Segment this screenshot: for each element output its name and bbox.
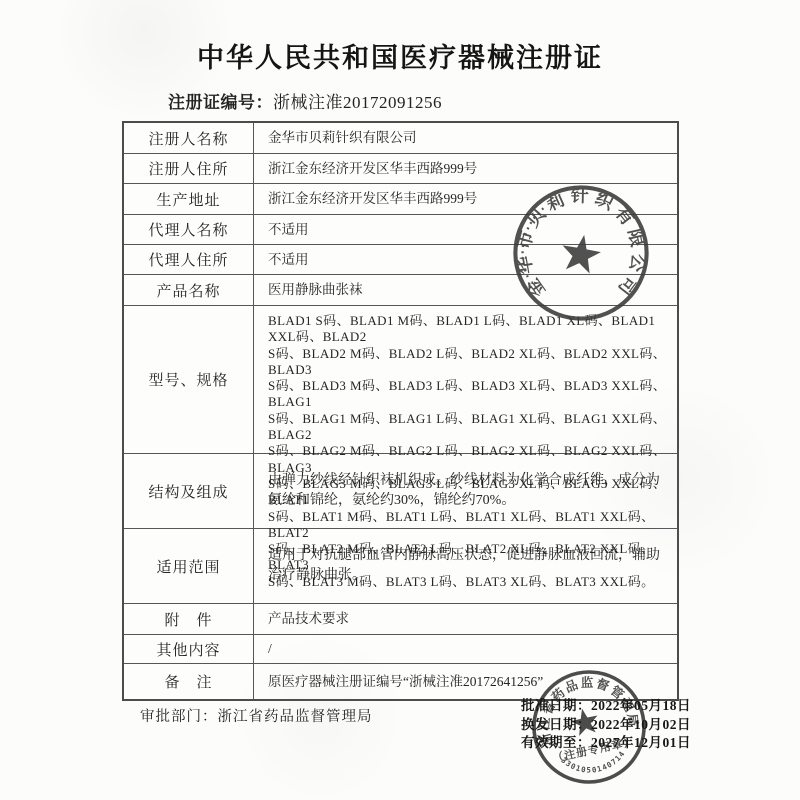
certificate-number-label: 注册证编号： — [168, 93, 273, 112]
row-value: 不适用 — [254, 215, 677, 244]
row-label: 其他内容 — [124, 635, 254, 663]
table-row: 结构及组成 由弹力纱线经针织袜机织成。纱线材料为化学合成纤维，成分为氨纶和锦纶，… — [124, 454, 677, 529]
row-label: 附 件 — [124, 604, 254, 634]
table-row: 注册人名称 金华市贝莉针织有限公司 — [124, 123, 677, 154]
row-label: 代理人名称 — [124, 215, 254, 244]
approval-department-label: 审批部门： — [140, 709, 218, 725]
row-label: 产品名称 — [124, 275, 254, 305]
row-label: 适用范围 — [124, 529, 254, 603]
row-value: 浙江金东经济开发区华丰西路999号 — [254, 154, 677, 183]
dates-block: 批准日期：2022年05月18日 换发日期：2022年10月02日 有效期至：2… — [521, 697, 691, 753]
table-row: 附 件 产品技术要求 — [124, 604, 677, 635]
certificate-page: { "title": "中华人民共和国医疗器械注册证", "cert_no": … — [0, 0, 800, 800]
row-value: / — [254, 635, 677, 663]
row-value: 浙江金东经济开发区华丰西路999号 — [254, 184, 677, 214]
row-label: 注册人住所 — [124, 154, 254, 183]
table-row: 备 注 原医疗器械注册证编号“浙械注准20172641256” — [124, 664, 677, 699]
row-value: 适用于对抗腿部血管内静脉高压状态，促进静脉血液回流，辅助治疗静脉曲张。 — [254, 529, 677, 603]
row-value: 金华市贝莉针织有限公司 — [254, 123, 677, 153]
table-row: 生产地址 浙江金东经济开发区华丰西路999号 — [124, 184, 677, 215]
row-value: 由弹力纱线经针织袜机织成。纱线材料为化学合成纤维，成分为氨纶和锦纶，氨纶约30%… — [254, 454, 677, 528]
row-label: 备 注 — [124, 664, 254, 699]
page-title: 中华人民共和国医疗器械注册证 — [0, 36, 800, 75]
table-row: 代理人住所 不适用 — [124, 245, 677, 275]
table-row: 产品名称 医用静脉曲张袜 — [124, 275, 677, 306]
table-row: 适用范围 适用于对抗腿部血管内静脉高压状态，促进静脉血液回流，辅助治疗静脉曲张。 — [124, 529, 677, 604]
row-label: 型号、规格 — [124, 306, 254, 453]
table-row: 代理人名称 不适用 — [124, 215, 677, 245]
table-row: 其他内容 / — [124, 635, 677, 664]
row-value-models: BLAD1 S码、BLAD1 M码、BLAD1 L码、BLAD1 XL码、BLA… — [254, 306, 677, 453]
valid-until-label: 有效期至： — [521, 735, 591, 750]
row-value: 不适用 — [254, 245, 677, 274]
row-value: 医用静脉曲张袜 — [254, 275, 677, 305]
approval-department-line: 审批部门：浙江省药品监督管理局 — [140, 705, 373, 726]
row-value: 原医疗器械注册证编号“浙械注准20172641256” — [254, 664, 677, 699]
valid-until-value: 2027年12月01日 — [591, 735, 691, 750]
approval-date-value: 2022年05月18日 — [591, 698, 691, 713]
certificate-number-value: 浙械注准20172091256 — [273, 93, 442, 112]
certificate-number-line: 注册证编号：浙械注准20172091256 — [168, 88, 442, 113]
reissue-date-line: 换发日期：2022年10月02日 — [521, 716, 691, 735]
row-label: 代理人住所 — [124, 245, 254, 274]
valid-until-line: 有效期至：2027年12月01日 — [521, 734, 691, 753]
table-row: 型号、规格 BLAD1 S码、BLAD1 M码、BLAD1 L码、BLAD1 X… — [124, 306, 677, 454]
approval-department-value: 浙江省药品监督管理局 — [218, 709, 373, 725]
row-label: 注册人名称 — [124, 123, 254, 153]
table-row: 注册人住所 浙江金东经济开发区华丰西路999号 — [124, 154, 677, 184]
row-label: 结构及组成 — [124, 454, 254, 528]
reissue-date-value: 2022年10月02日 — [591, 717, 691, 732]
approval-date-line: 批准日期：2022年05月18日 — [521, 697, 691, 716]
reissue-date-label: 换发日期： — [521, 717, 591, 732]
approval-date-label: 批准日期： — [521, 698, 591, 713]
row-label: 生产地址 — [124, 184, 254, 214]
row-value: 产品技术要求 — [254, 604, 677, 634]
certificate-table: 注册人名称 金华市贝莉针织有限公司 注册人住所 浙江金东经济开发区华丰西路999… — [122, 121, 679, 701]
